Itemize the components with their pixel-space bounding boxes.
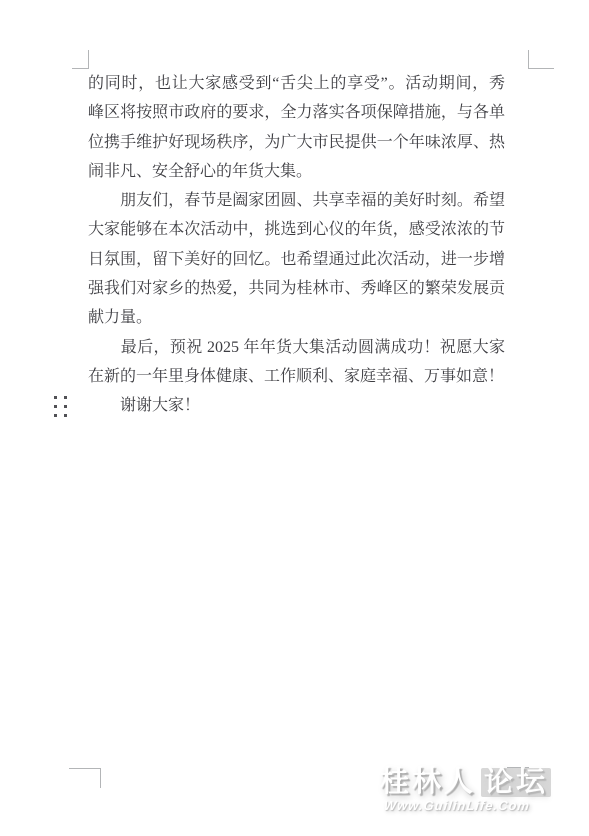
margin-crop-mark-top-right xyxy=(528,50,554,69)
text-line: 峰区将按照市政府的要求，全力落实各项保障措施，与各单 xyxy=(88,98,505,127)
text-line: 的同时，也让大家感受到“舌尖上的享受”。活动期间，秀 xyxy=(88,69,505,98)
text-line: 在新的一年里身体健康、工作顺利、家庭幸福、万事如意！ xyxy=(88,362,505,391)
margin-crop-mark-top-left xyxy=(72,50,89,69)
handle-dot xyxy=(54,414,57,417)
text-line: 献力量。 xyxy=(88,303,505,332)
watermark-subtitle: Www.GuilinLife.Com xyxy=(383,798,531,813)
text-line: 日氛围，留下美好的回忆。也希望通过此次活动，进一步增 xyxy=(88,245,505,274)
handle-dot xyxy=(54,396,57,399)
watermark-title-main: 桂林人 xyxy=(380,766,476,798)
text-line: 谢谢大家！ xyxy=(88,391,505,420)
text-line: 位携手维护好现场秩序，为广大市民提供一个年味浓厚、热 xyxy=(88,128,505,157)
text-line: 闹非凡、安全舒心的年货大集。 xyxy=(88,157,505,186)
drag-handle-dots-icon[interactable] xyxy=(54,396,67,417)
watermark-title: 桂林人论坛 xyxy=(380,768,551,797)
text-line: 最后，预祝 2025 年年货大集活动圆满成功！祝愿大家 xyxy=(88,333,505,362)
handle-dot xyxy=(64,414,67,417)
text-line: 大家能够在本次活动中，挑选到心仪的年货，感受浓浓的节 xyxy=(88,215,505,244)
text-line: 朋友们，春节是阖家团圆、共享幸福的美好时刻。希望 xyxy=(88,186,505,215)
handle-dot xyxy=(64,396,67,399)
text-line: 强我们对家乡的热爱，共同为桂林市、秀峰区的繁荣发展贡 xyxy=(88,274,505,303)
document-text: 的同时，也让大家感受到“舌尖上的享受”。活动期间，秀峰区将按照市政府的要求，全力… xyxy=(88,69,505,421)
handle-dot xyxy=(64,405,67,408)
document-page: 的同时，也让大家感受到“舌尖上的享受”。活动期间，秀峰区将按照市政府的要求，全力… xyxy=(0,0,589,836)
handle-dot xyxy=(54,405,57,408)
watermark-title-tag: 论坛 xyxy=(481,768,551,797)
margin-crop-mark-bottom-left xyxy=(69,768,101,788)
